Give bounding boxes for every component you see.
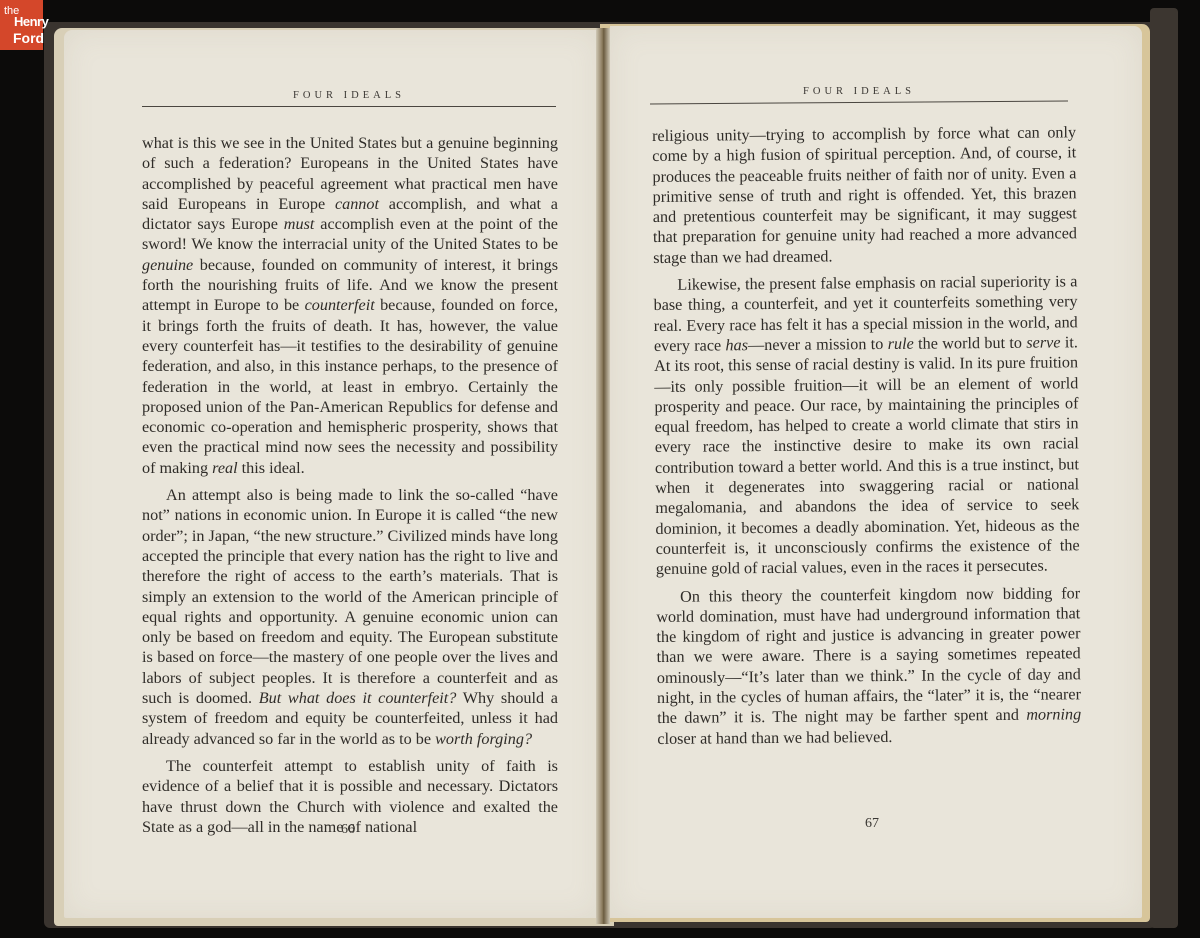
logo-ford: Ford xyxy=(13,30,44,46)
right-paragraph-3: On this theory the counterfeit kingdom n… xyxy=(656,583,1081,749)
henry-ford-logo: the Henry Ford xyxy=(0,0,43,50)
right-page-body: religious unity—trying to accomplish by … xyxy=(652,122,1081,749)
right-paragraph-1: religious unity—trying to accomplish by … xyxy=(652,122,1077,268)
logo-henry: Henry xyxy=(14,14,48,29)
left-page-number: 66 xyxy=(318,822,378,838)
right-paragraph-2: Likewise, the present false emphasis on … xyxy=(653,271,1080,579)
left-paragraph-2: An attempt also is being made to link th… xyxy=(142,485,558,749)
left-page-body: what is this we see in the United States… xyxy=(142,133,558,837)
left-head-rule xyxy=(142,106,556,107)
left-running-head: FOUR IDEALS xyxy=(142,90,556,101)
right-running-head: FOUR IDEALS xyxy=(650,86,1068,97)
book-cover-edge xyxy=(1150,8,1178,928)
right-page-number: 67 xyxy=(842,816,902,832)
left-paragraph-1: what is this we see in the United States… xyxy=(142,133,558,478)
book-gutter xyxy=(596,28,610,924)
